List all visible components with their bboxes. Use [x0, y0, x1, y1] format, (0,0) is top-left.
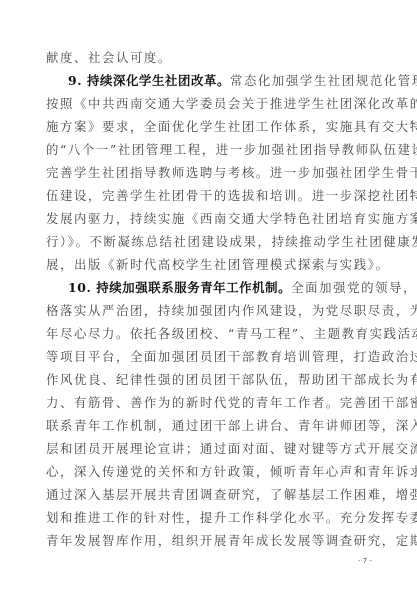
document-page: 献度、社会认可度。 9. 持续深化学生社团改革。常态化加强学生社团规范化管理， … — [0, 0, 417, 600]
text-line: 划和推进工作的针对性，提升工作科学化水平。充分发挥专委会 — [46, 508, 372, 528]
section-10-paragraph-start: 10. 持续加强联系服务青年工作机制。全面加强党的领导，严 — [68, 278, 372, 298]
text-line: 完善学生社团指导教师选聘与考核。进一步加强社团学生骨干队 — [46, 163, 372, 183]
text-line: 伍建设，完善学生社团骨干的选拔和培训。进一步深挖社团特色 — [46, 186, 372, 206]
text-line: 的“八个一”社团管理工程，进一步加强社团指导教师队伍建设， — [46, 140, 372, 160]
section-10-heading: 10. 持续加强联系服务青年工作机制。 — [68, 280, 291, 295]
text-line: 心，深入传递党的关怀和方针政策，倾听青年心声和青年诉求； — [46, 462, 372, 482]
text-line: 年尽心尽力。依托各级团校、“青马工程”、主题教育实践活动 — [46, 324, 372, 344]
text-line: 作风优良、纪律性强的团员团干部队伍，帮助团干部成长为有活 — [46, 370, 372, 390]
text-line: 发展内驱力，持续实施《西南交通大学特色社团培育实施方案（试 — [46, 209, 372, 229]
section-9-text: 常态化加强学生社团规范化管理， — [230, 73, 417, 88]
text-line: 等项目平台，全面加强团员团干部教育培训管理，打造政治过硬、 — [46, 347, 372, 367]
text-line: 格落实从严治团，持续加强团内作风建设，为党尽职尽责，为青 — [46, 301, 372, 321]
section-9-paragraph-start: 9. 持续深化学生社团改革。常态化加强学生社团规范化管理， — [68, 71, 372, 91]
text-line: 施方案》要求，全面优化学生社团工作体系，实施具有交大特色 — [46, 117, 372, 137]
text-line: 青年发展智库作用，组织开展青年成长发展等调查研究，定期向 — [46, 531, 372, 551]
text-line: 行）》。不断凝练总结社团建设成果，持续推动学生社团健康发 — [46, 232, 372, 252]
page-number: - 7 - — [358, 557, 372, 565]
text-line: 层和团员开展理论宣讲；通过面对面、键对键等方式开展交流谈 — [46, 439, 372, 459]
text-line: 联系青年工作机制，通过团干部上讲台、青年讲师团等，深入基 — [46, 416, 372, 436]
section-9-heading: 9. 持续深化学生社团改革。 — [68, 73, 230, 88]
text-line: 献度、社会认可度。 — [46, 48, 372, 68]
text-line: 按照《中共西南交通大学委员会关于推进学生社团深化改革的实 — [46, 94, 372, 114]
text-line: 通过深入基层开展共青团调查研究，了解基层工作困难，增强谋 — [46, 485, 372, 505]
section-10-text: 全面加强党的领导，严 — [291, 280, 417, 295]
text-line: 展，出版《新时代高校学生社团管理模式探索与实践》。 — [46, 255, 372, 275]
text-line: 力、有筋骨、善作为的新时代党的青年工作者。完善团干部密切 — [46, 393, 372, 413]
